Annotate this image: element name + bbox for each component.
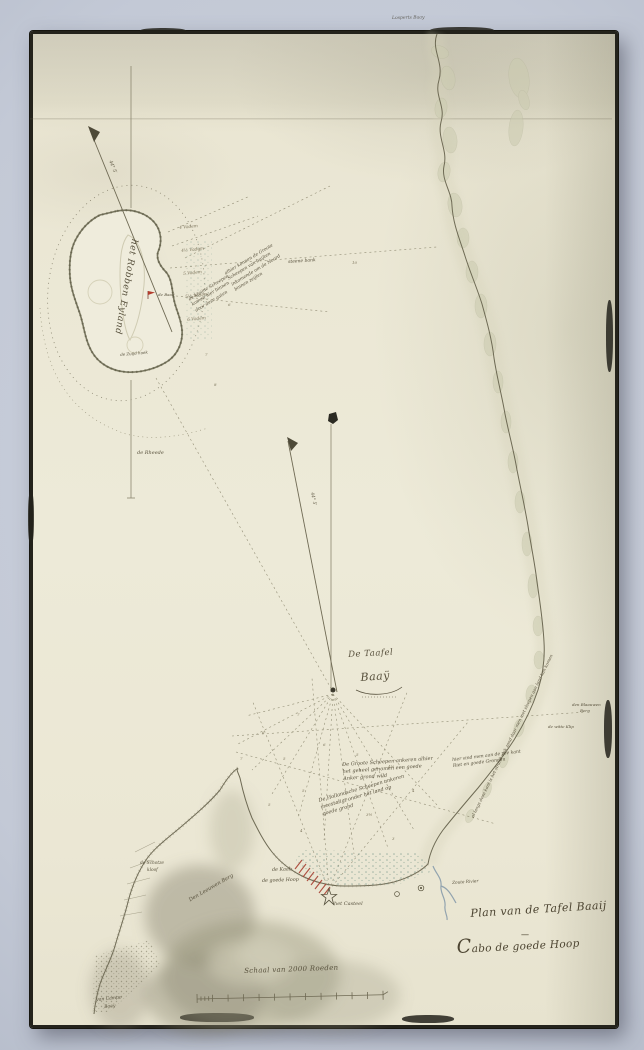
island-bay-label: de Baaij	[158, 292, 174, 298]
depth-mark: 7	[240, 756, 243, 761]
fold-crease	[30, 118, 612, 120]
depth-mark: 7	[205, 352, 208, 357]
depth-mark: 5	[356, 752, 359, 757]
paper-edge-blob	[140, 28, 186, 34]
paper-edge-blob	[430, 27, 494, 34]
bay-name-line1: De Taafel	[348, 648, 394, 662]
depth-mark: 4½	[388, 764, 394, 769]
depth-mark: 5	[302, 788, 305, 793]
depth-mark: 6	[323, 742, 326, 747]
white-rock-label: de witte Klip	[548, 724, 574, 730]
depth-mark: 3	[392, 836, 395, 841]
paper-edge-blob	[28, 490, 34, 546]
bay-name-line2: Baaÿ	[360, 668, 390, 685]
depth-mark: 6	[228, 302, 231, 307]
kloof-label-line2: kloof	[147, 868, 158, 874]
blaauwberg-label-line1: den Blaauwen	[572, 702, 601, 708]
depth-mark: 3½	[366, 812, 372, 817]
depth-mark: 4	[300, 828, 303, 833]
paper-edge-blob	[402, 1015, 454, 1023]
town-label-line1: de Kaab	[272, 867, 292, 874]
town-label-line2: de goede Hoop	[262, 878, 299, 886]
camps-bay-label-line2: Baay	[104, 1004, 116, 1011]
paper-edge-blob	[604, 700, 612, 758]
depth-mark: 7	[297, 712, 300, 717]
castle-label: het Casteel	[334, 901, 363, 908]
kloof-label-line1: de Schotze	[140, 861, 164, 867]
chart-paper	[30, 31, 618, 1028]
paper-edge-blob	[180, 1013, 254, 1022]
top-margin-bay-label: Losperts Baay	[392, 15, 425, 22]
map-photo-canvas: Losperts Baay het Robben Eyland de Baaij…	[0, 0, 644, 1050]
depth-mark: 5	[268, 802, 271, 807]
depth-mark: 5	[283, 756, 286, 761]
roadstead-label: de Rheede	[137, 450, 164, 457]
blaauwberg-label-line2: Berg	[580, 708, 590, 714]
depth-mark: 10	[352, 260, 357, 265]
depth-mark: 6	[262, 730, 265, 735]
depth-mark: 4	[335, 800, 338, 805]
depth-mark: 8	[214, 382, 217, 387]
paper-edge-blob	[606, 300, 613, 372]
depth-mark: 4	[412, 788, 415, 793]
